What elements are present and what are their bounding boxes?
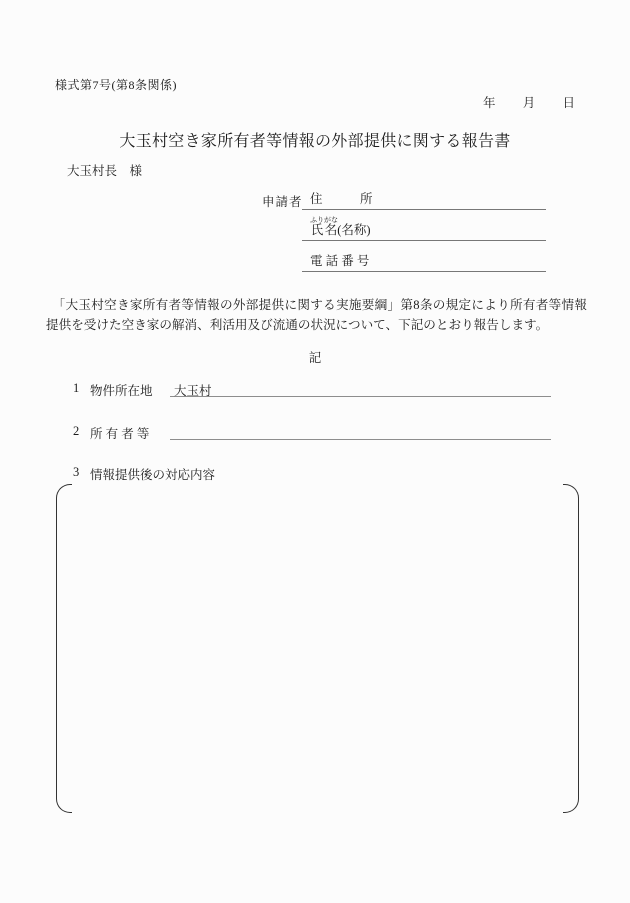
phone-label: 電 話 番 号 bbox=[302, 251, 369, 269]
applicant-phone-field: 電 話 番 号 bbox=[302, 250, 546, 272]
item-number: 2 bbox=[73, 424, 79, 439]
form-number: 様式第7号(第8条関係) bbox=[55, 76, 177, 93]
name-label-base: 氏名 bbox=[310, 223, 338, 237]
property-location-blank[interactable]: 大玉村 bbox=[170, 381, 551, 397]
response-box-right-bracket bbox=[563, 484, 579, 813]
response-area-blank[interactable] bbox=[72, 486, 562, 809]
name-label: 氏名ふりがな(名称) bbox=[302, 216, 371, 238]
item-number: 3 bbox=[73, 465, 79, 480]
owner-value bbox=[170, 424, 174, 438]
name-furigana: ふりがな bbox=[310, 216, 338, 224]
body-paragraph: 「大玉村空き家所有者等情報の外部提供に関する実施要綱」第8条の規定により所有者等… bbox=[46, 295, 587, 335]
date-month-label: 月 bbox=[523, 93, 536, 111]
item-label: 所 有 者 等 bbox=[90, 424, 149, 442]
addressee: 大玉村長 様 bbox=[67, 161, 142, 179]
item-label: 物件所在地 bbox=[90, 381, 153, 399]
report-form-page: 様式第7号(第8条関係) 年 月 日 大玉村空き家所有者等情報の外部提供に関する… bbox=[0, 0, 630, 903]
name-label-suffix: (名称) bbox=[337, 223, 370, 237]
applicant-address-field: 住 所 bbox=[302, 188, 546, 210]
document-title: 大玉村空き家所有者等情報の外部提供に関する報告書 bbox=[0, 128, 630, 151]
date-day-label: 日 bbox=[562, 93, 575, 111]
property-location-value: 大玉村 bbox=[170, 384, 212, 398]
applicant-label: 申請者 bbox=[262, 192, 303, 210]
date-year-label: 年 bbox=[483, 93, 496, 111]
response-box-left-bracket bbox=[56, 484, 72, 813]
record-mark: 記 bbox=[0, 348, 630, 366]
date-line: 年 月 日 bbox=[483, 93, 575, 111]
address-label: 住 所 bbox=[302, 189, 373, 207]
applicant-name-field: 氏名ふりがな(名称) bbox=[302, 211, 546, 241]
item-label: 情報提供後の対応内容 bbox=[90, 465, 215, 483]
item-number: 1 bbox=[73, 381, 79, 396]
owner-blank[interactable] bbox=[170, 424, 551, 440]
name-label-ruby: 氏名ふりがな bbox=[310, 223, 337, 237]
